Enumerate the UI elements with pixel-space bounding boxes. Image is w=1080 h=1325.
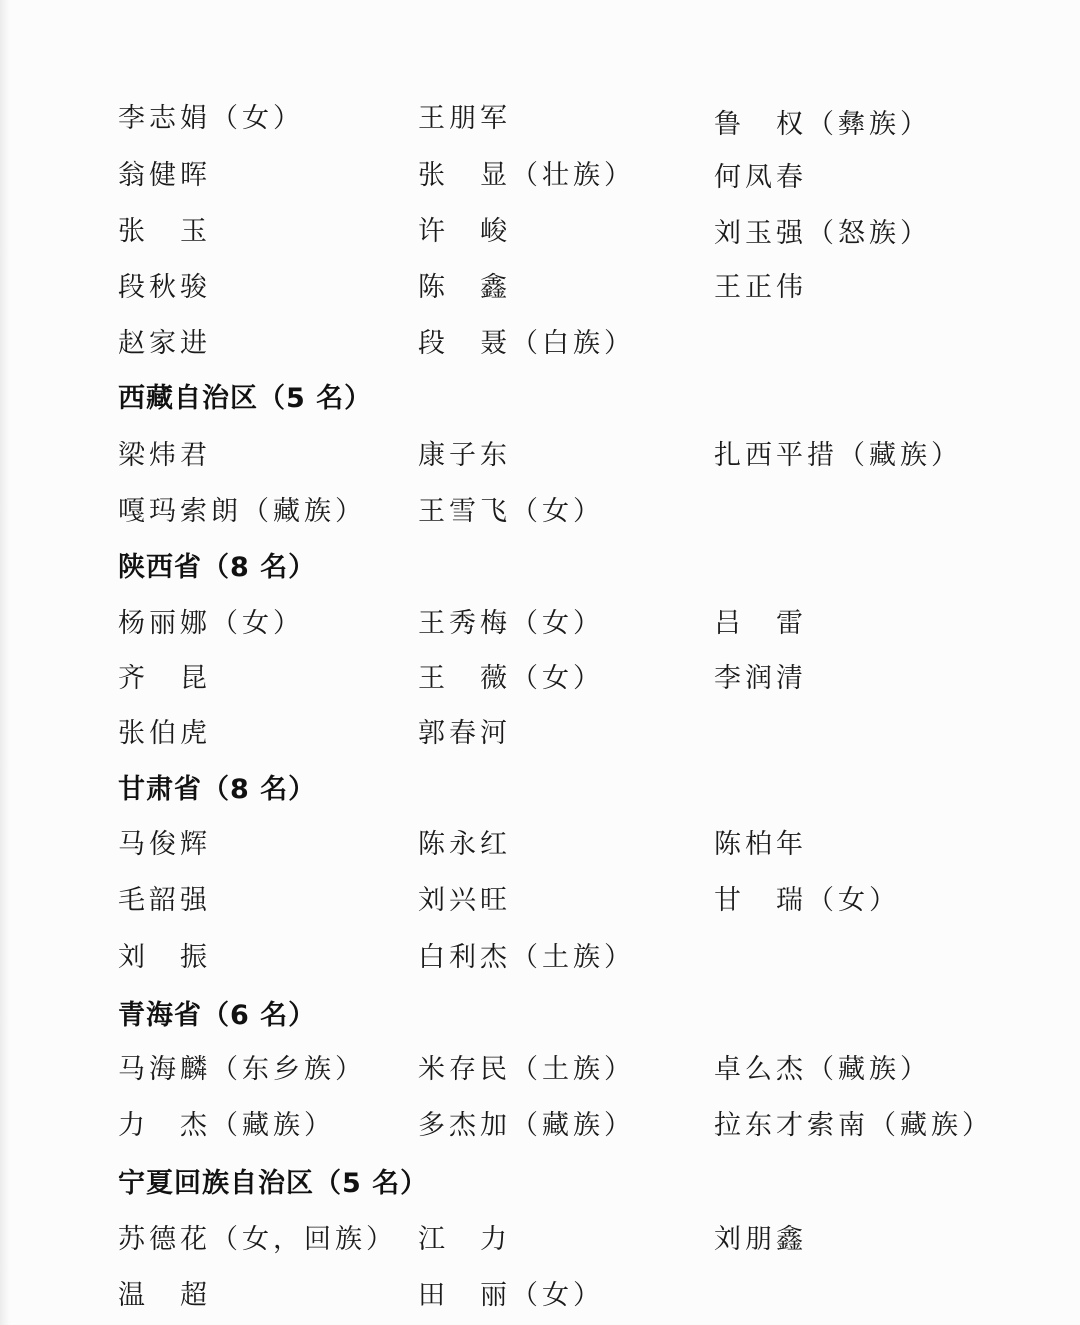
name-entry: 李润清: [714, 663, 807, 695]
name-entry: 嘎玛索朗（藏族）: [118, 496, 366, 528]
name-entry: 梁炜君: [118, 440, 211, 472]
name-entry: 刘 振: [118, 942, 211, 974]
name-entry: 马海麟（东乡族）: [118, 1054, 366, 1086]
name-entry: 甘 瑞（女）: [714, 885, 900, 917]
name-entry: 苏德花（女，回族）: [118, 1224, 397, 1256]
name-entry: 张 显（壮族）: [418, 160, 635, 192]
name-entry: 刘兴旺: [418, 885, 511, 917]
name-entry: 王正伟: [714, 272, 807, 304]
name-entry: 张 玉: [118, 216, 211, 248]
name-entry: 卓么杰（藏族）: [714, 1054, 931, 1086]
name-entry: 康子东: [418, 440, 511, 472]
name-entry: 杨丽娜（女）: [118, 608, 304, 640]
name-entry: 段 聂（白族）: [418, 328, 635, 360]
name-entry: 拉东才索南（藏族）: [714, 1110, 993, 1142]
name-entry: 米存民（土族）: [418, 1054, 635, 1086]
name-entry: 马俊辉: [118, 829, 211, 861]
name-entry: 齐 昆: [118, 663, 211, 695]
name-entry: 鲁 权（彝族）: [714, 109, 931, 141]
name-entry: 陈 鑫: [418, 272, 511, 304]
name-entry: 白利杰（土族）: [418, 942, 635, 974]
name-entry: 刘玉强（怒族）: [714, 218, 931, 250]
name-entry: 何凤春: [714, 162, 807, 194]
name-entry: 田 丽（女）: [418, 1280, 604, 1312]
section-heading-ningxia: 宁夏回族自治区（5 名）: [118, 1168, 428, 1200]
name-entry: 王朋军: [418, 103, 511, 135]
name-entry: 张伯虎: [118, 718, 211, 750]
section-heading-shaanxi: 陕西省（8 名）: [118, 552, 316, 584]
name-entry: 刘朋鑫: [714, 1224, 807, 1256]
name-entry: 毛韶强: [118, 885, 211, 917]
section-heading-xizang: 西藏自治区（5 名）: [118, 383, 372, 415]
name-entry: 力 杰（藏族）: [118, 1110, 335, 1142]
name-entry: 陈永红: [418, 829, 511, 861]
page-edge-shadow: [0, 0, 10, 1325]
name-entry: 赵家进: [118, 328, 211, 360]
section-heading-qinghai: 青海省（6 名）: [118, 1000, 316, 1032]
section-heading-gansu: 甘肃省（8 名）: [118, 774, 316, 806]
name-entry: 翁健晖: [118, 160, 211, 192]
name-entry: 李志娟（女）: [118, 103, 304, 135]
name-entry: 王 薇（女）: [418, 663, 604, 695]
name-entry: 扎西平措（藏族）: [714, 440, 962, 472]
name-entry: 王雪飞（女）: [418, 496, 604, 528]
name-entry: 郭春河: [418, 718, 511, 750]
name-entry: 多杰加（藏族）: [418, 1110, 635, 1142]
name-entry: 许 峻: [418, 216, 511, 248]
name-entry: 段秋骏: [118, 272, 211, 304]
name-entry: 温 超: [118, 1280, 211, 1312]
name-entry: 吕 雷: [714, 608, 807, 640]
name-entry: 王秀梅（女）: [418, 608, 604, 640]
name-entry: 江 力: [418, 1224, 511, 1256]
name-entry: 陈柏年: [714, 829, 807, 861]
